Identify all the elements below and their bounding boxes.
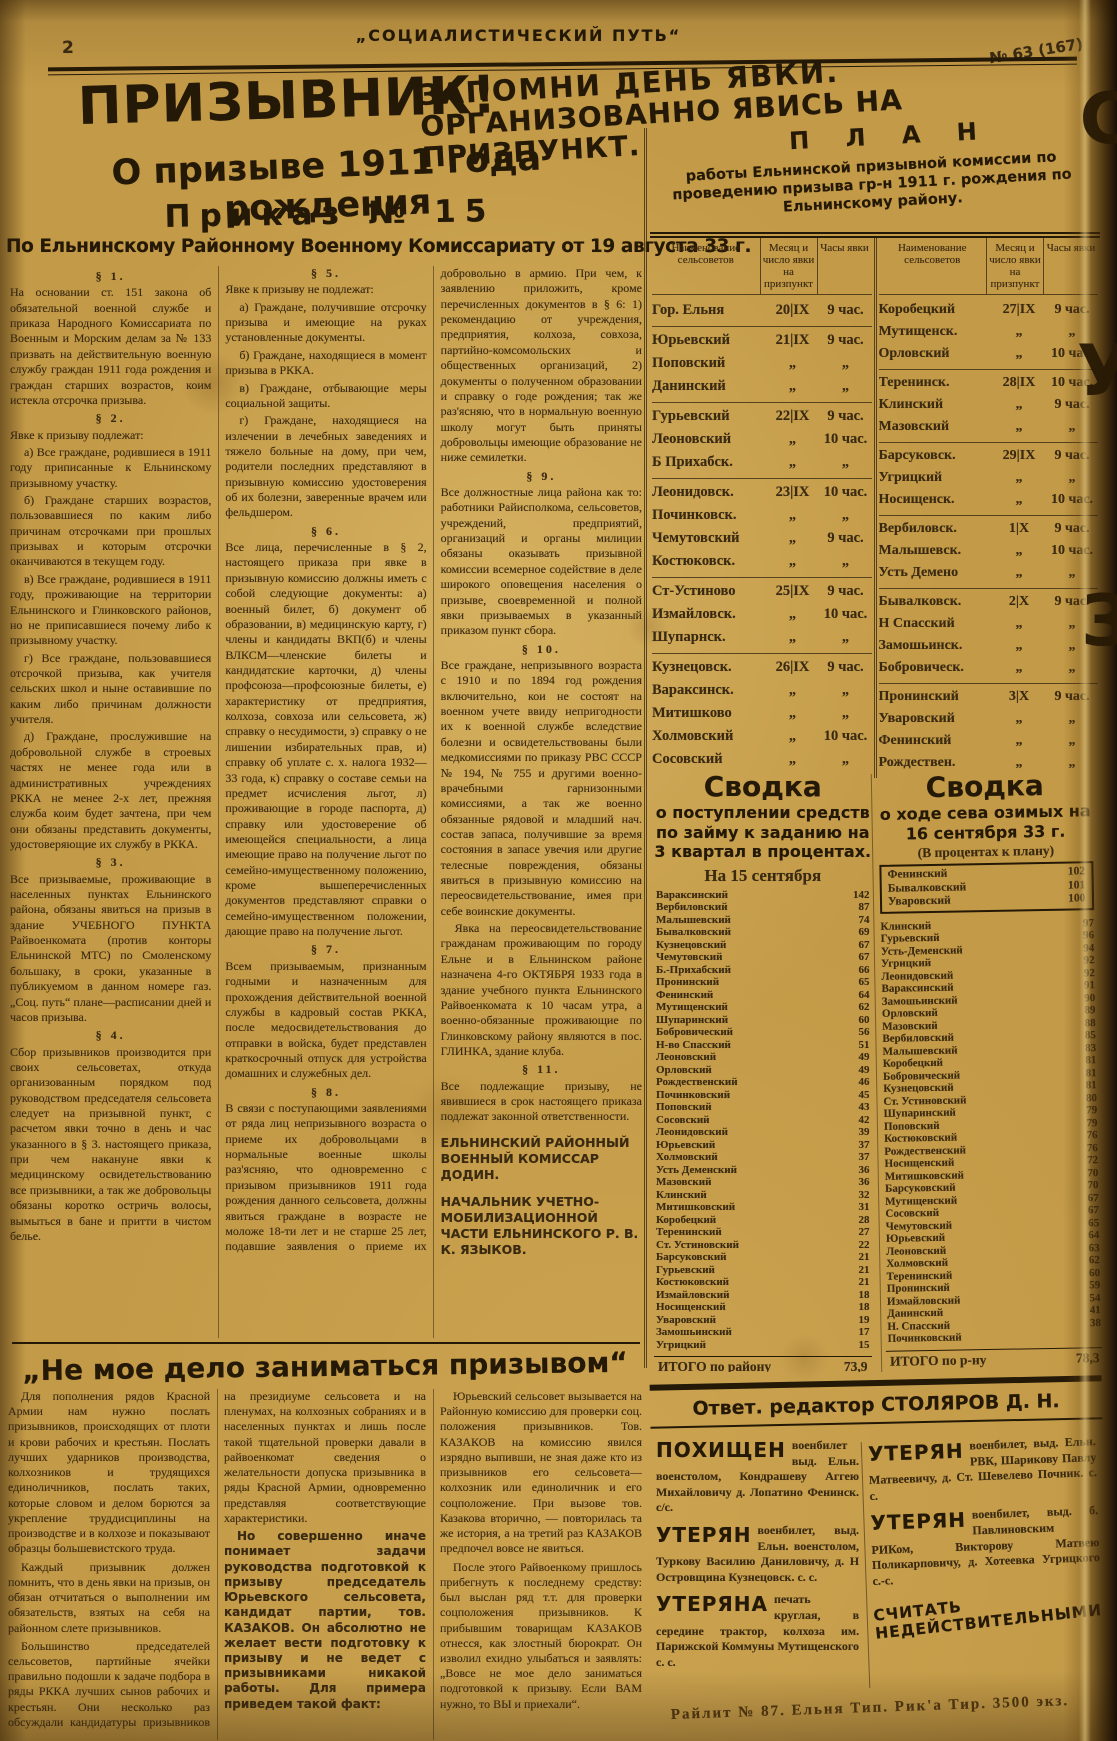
percent-value: 56 xyxy=(855,1026,870,1039)
selsovet-name: Измайловский xyxy=(886,1294,960,1308)
list-item: Мутищенский62 xyxy=(656,1001,870,1014)
report-date: „ xyxy=(766,451,820,474)
report-date: „ xyxy=(766,428,820,451)
selsovet-name: Бывалковский xyxy=(887,881,966,896)
selsovet-name: Фенинский xyxy=(887,868,947,883)
paragraph-text: Все граждане, непризывного возраста с 19… xyxy=(441,658,642,918)
selsovet-name: Барсуковский xyxy=(656,1251,727,1264)
selsovet-name: Н Спасский xyxy=(879,613,993,635)
report-date: „ xyxy=(992,613,1046,635)
selsovet-name: Носищенск. xyxy=(879,489,993,511)
selsovet-name: Починковский xyxy=(887,1332,961,1346)
report-time: 9 час. xyxy=(820,656,872,679)
percent-value: 60 xyxy=(855,1014,870,1027)
paragraph-text: Явка на переосвидетельствование граждана… xyxy=(441,921,642,1058)
report-date: „ xyxy=(766,748,820,771)
report-date: „ xyxy=(766,725,820,748)
order-paragraph: § 10.Все граждане, непризывного возраста… xyxy=(441,642,642,919)
notice-label: УТЕРЯНА xyxy=(656,1594,774,1614)
selsovet-name: Леоновский xyxy=(886,1245,946,1259)
list-item: Поповский43 xyxy=(656,1101,870,1114)
plan-rows-left: Гор. Ельня 20|IX 9 час. Юрьевский 21|IX … xyxy=(652,299,872,771)
list-item: Починковский45 xyxy=(656,1089,870,1102)
page-curl-highlight xyxy=(1079,0,1091,1741)
report-time: „ xyxy=(820,504,872,527)
article-title: „Не мое дело заниматься призывом“ xyxy=(8,1350,642,1387)
notice: УТЕРЯНАпечать круглая, в середине тракто… xyxy=(656,1592,859,1670)
total-value: 73,9 xyxy=(844,1359,868,1372)
column-header-time: Часы явки xyxy=(817,238,872,294)
paragraph-text: б) Граждане, находящиеся в момент призыв… xyxy=(225,348,426,377)
article-paragraph: Каждый призывник должен помнить, что в д… xyxy=(8,1560,210,1636)
selsovet-name: Холмовский xyxy=(886,1257,948,1271)
column-header-date: Месяц и число явки на призпункт xyxy=(760,238,817,294)
selsovet-name: Кузнецовский xyxy=(883,1082,954,1096)
selsovet-name: Пронинский xyxy=(886,1282,949,1296)
percent-value: 31 xyxy=(855,1201,870,1214)
report-date: „ xyxy=(766,352,820,375)
selsovet-name: Мазовский xyxy=(656,1176,711,1189)
list-item: Рождественский46 xyxy=(656,1076,870,1089)
paragraph-number: § 5. xyxy=(225,266,426,281)
table-row: Гурьевский 22|IX 9 час. xyxy=(652,402,872,428)
report-time: 10 час. xyxy=(820,725,872,748)
selsovet-name: Шупаринский xyxy=(656,1014,728,1027)
imprint-line: Райлит № 87. Ельня Тип. Рик'а Тир. 3500 … xyxy=(650,1692,1090,1724)
svodka-loan-date: На 15 сентября xyxy=(654,866,872,886)
selsovet-name: Замошьинск. xyxy=(879,635,993,657)
percent-value: 43 xyxy=(855,1101,870,1114)
report-date: „ xyxy=(766,679,820,702)
report-date: 1|X xyxy=(992,518,1046,540)
paragraph-text: г) Все граждане, пользовавшиеся отсрочко… xyxy=(10,651,211,726)
order-paragraph: Явка на переосвидетельствование граждана… xyxy=(441,921,642,1059)
report-time: 9 час. xyxy=(820,580,872,603)
paragraph-text: НАЧАЛЬНИК УЧЕТНО-МОБИЛИЗАЦИОННОЙ ЧАСТИ Е… xyxy=(441,1194,639,1258)
selsovet-name: Гурьевский xyxy=(656,1264,715,1277)
table-row: Данинский „ „ xyxy=(652,375,872,398)
selsovet-name: Носищенский xyxy=(656,1301,726,1314)
article: „Не мое дело заниматься призывом“ Для по… xyxy=(8,1350,642,1740)
report-date: „ xyxy=(766,603,820,626)
selsovet-name: Юрьевский xyxy=(885,1232,944,1246)
percent-value: 64 xyxy=(855,989,870,1002)
table-row: Б Прихабск. „ „ xyxy=(652,451,872,474)
selsovet-name: Костюковск. xyxy=(652,550,766,573)
list-item: Носищенский18 xyxy=(656,1301,870,1314)
svodka-loan: Сводка о поступлении средств по займу к … xyxy=(650,772,876,1372)
report-date: 20|IX xyxy=(766,299,820,322)
headline-main: ПРИЗЫВНИК! xyxy=(77,67,439,137)
selsovet-name: Н. Спасский xyxy=(887,1320,950,1334)
paragraph-text: Все призываемые, проживающие в населенны… xyxy=(10,872,211,1024)
selsovet-name: Барсуковск. xyxy=(879,445,993,467)
selsovet-name: Шупаринский xyxy=(883,1107,955,1121)
notice-label: УТЕРЯН xyxy=(868,1440,970,1464)
percent-value: 49 xyxy=(855,1051,870,1064)
table-row: Холмовский „ 10 час. xyxy=(652,725,872,748)
selsovet-name: Леоновский xyxy=(652,428,766,451)
table-row: Поповский „ „ xyxy=(652,352,872,375)
list-item: Фенинский64 xyxy=(656,989,870,1002)
selsovet-name: Б.-Прихабский xyxy=(656,964,731,977)
selsovet-name: Гурьевский xyxy=(652,405,766,428)
paragraph-text: Всем призываемым, признанным годными и н… xyxy=(225,959,426,1081)
list-item: Юрьевский37 xyxy=(656,1139,870,1152)
selsovet-name: Угрицкий xyxy=(879,467,993,489)
list-item: Митишковский31 xyxy=(656,1201,870,1214)
list-item: Пронинский65 xyxy=(656,976,870,989)
selsovet-name: Мутищенск. xyxy=(879,321,993,343)
selsovet-name: Уваровский xyxy=(887,895,950,910)
list-item: Замошьинский17 xyxy=(656,1326,870,1339)
total-label: ИТОГО по р-ну xyxy=(889,1352,986,1370)
paragraph-text: Все должностные лица района как то: рабо… xyxy=(441,485,642,637)
selsovet-name: Вербиловский xyxy=(882,1032,954,1046)
table-row: Вараксинск. „ „ xyxy=(652,679,872,702)
selsovet-name: Пронинский xyxy=(879,686,993,708)
plan-table: Наименование сельсоветов Месяц и число я… xyxy=(650,232,1100,778)
report-date: „ xyxy=(766,626,820,649)
svodka-loan-title: Сводка xyxy=(654,772,872,801)
paragraph-number: § 3. xyxy=(10,855,211,870)
selsovet-name: Холмовский xyxy=(656,1151,718,1164)
selsovet-name: Чемутовский xyxy=(652,527,766,550)
report-date: „ xyxy=(766,504,820,527)
report-date: „ xyxy=(992,635,1046,657)
list-item: Гурьевский21 xyxy=(656,1264,870,1277)
selsovet-name: Кузнецовский xyxy=(656,939,726,952)
list-item: Холмовский37 xyxy=(656,1151,870,1164)
selsovet-name: Ст-Устиново xyxy=(652,580,766,603)
selsovet-name: Мутищенский xyxy=(656,1001,728,1014)
selsovet-name: Вербиловск. xyxy=(879,518,993,540)
selsovet-name: Клинский xyxy=(880,920,931,933)
selsovet-name: Измайловский xyxy=(656,1289,729,1302)
order-paragraph: г) Все граждане, пользовавшиеся отсрочко… xyxy=(10,651,211,728)
svodka-sowing-subtitle: о ходе сева озимых на 16 сентября 33 г. xyxy=(876,802,1094,845)
paragraph-text: Явке к призыву подлежат: xyxy=(10,428,144,442)
report-time: 9 час. xyxy=(820,527,872,550)
selsovet-name: Поповский xyxy=(656,1101,712,1114)
selsovet-name: Теренинский xyxy=(656,1226,722,1239)
list-item: Усть Деменский36 xyxy=(656,1164,870,1177)
order-subtitle: По Ельнинскому Районному Военному Комисс… xyxy=(6,236,654,257)
svodka-loan-subtitle: о поступлении средств по займу к заданию… xyxy=(654,803,872,862)
selsovet-name: Мазовский xyxy=(879,416,993,438)
order-paragraph: § 11.Все подлежащие призыву, не явившиес… xyxy=(441,1062,642,1124)
report-date: 2|X xyxy=(992,591,1046,613)
report-date: „ xyxy=(766,527,820,550)
notices-left: ПОХИЩЕНвоенбилет выд. Ельн. военстолом, … xyxy=(650,1438,865,1688)
selsovet-name: Н-во Спасский xyxy=(656,1039,731,1052)
list-item: Бобровический56 xyxy=(656,1026,870,1039)
paragraph-number: § 4. xyxy=(10,1028,211,1043)
selsovet-name: Уваровский xyxy=(656,1314,716,1327)
list-item: Шупаринский60 xyxy=(656,1014,870,1027)
order-paragraph: § 3.Все призываемые, проживающие в насел… xyxy=(10,855,211,1025)
article-paragraph: После этого Райвоенкому пришлось прибегн… xyxy=(440,1560,642,1712)
next-page-letter: С xyxy=(1080,78,1117,160)
report-date: 29|IX xyxy=(992,445,1046,467)
table-row: Гор. Ельня 20|IX 9 час. xyxy=(652,299,872,322)
percent-value: 65 xyxy=(855,976,870,989)
selsovet-name: Малышевский xyxy=(656,914,731,927)
percent-value: 45 xyxy=(855,1089,870,1102)
selsovet-name: Уваровский xyxy=(879,708,993,730)
selsovet-name: Леонидовский xyxy=(656,1126,728,1139)
selsovet-name: Теренинск. xyxy=(879,372,993,394)
notice: УТЕРЯНвоенбилет, выд. Ельн. военстолом, … xyxy=(656,1523,859,1585)
selsovet-name: Орловский xyxy=(879,343,993,365)
table-row: Измайловск. „ 10 час. xyxy=(652,603,872,626)
vertical-divider xyxy=(644,128,647,1368)
percent-value: 21 xyxy=(855,1276,870,1289)
selsovet-name: Теренинский xyxy=(886,1270,952,1284)
list-item: Измайловский18 xyxy=(656,1289,870,1302)
column-header-name: Наименование сельсоветов xyxy=(652,238,760,294)
selsovet-name: Чемутовский xyxy=(885,1220,952,1234)
selsovet-name: Юрьевский xyxy=(652,329,766,352)
report-date: „ xyxy=(766,550,820,573)
selsovet-name: Измайловск. xyxy=(652,603,766,626)
selsovet-name: Коробецкий xyxy=(882,1057,942,1071)
percent-value: 142 xyxy=(849,889,870,902)
selsovet-name: Починковск. xyxy=(652,504,766,527)
report-time: 9 час. xyxy=(820,405,872,428)
report-date: 25|IX xyxy=(766,580,820,603)
selsovet-name: Угрицкий xyxy=(880,957,930,970)
selsovet-name: Фенинский xyxy=(879,730,993,752)
order-paragraph: ЕЛЬНИНСКИЙ РАЙОННЫЙ ВОЕННЫЙ КОМИССАР ДОД… xyxy=(441,1135,642,1184)
report-date: „ xyxy=(992,489,1046,511)
table-row: Чемутовский „ 9 час. xyxy=(652,527,872,550)
article-paragraph: Юрьевский сельсовет вызывается на Районн… xyxy=(440,1389,642,1557)
report-time: 10 час. xyxy=(820,428,872,451)
table-row: Юрьевский 21|IX 9 час. xyxy=(652,326,872,352)
order-paragraph: § 2.Явке к призыву подлежат: xyxy=(10,411,211,443)
paragraph-number: § 2. xyxy=(10,411,211,426)
paragraph-text: а) Граждане, получившие отсрочку призыва… xyxy=(225,300,426,345)
svodka-sowing-note: (В процентах к плану) xyxy=(877,843,1095,863)
table-row: Починковск. „ „ xyxy=(652,504,872,527)
percent-value: 67 xyxy=(855,951,870,964)
report-date: 27|IX xyxy=(992,299,1046,321)
report-date: 26|IX xyxy=(766,656,820,679)
selsovet-name: Бывалковский xyxy=(656,926,731,939)
order-paragraph: § 6.Все лица, перечисленные в § 2, насто… xyxy=(225,524,426,940)
paragraph-text: ЕЛЬНИНСКИЙ РАЙОННЫЙ ВОЕННЫЙ КОМИССАР ДОД… xyxy=(441,1135,630,1183)
selsovet-name: Сосовский xyxy=(652,748,766,771)
selsovet-name: Поповский xyxy=(652,352,766,375)
selsovet-name: Сосовский xyxy=(885,1207,939,1220)
report-time: „ xyxy=(820,352,872,375)
list-item: Бывалковский69 xyxy=(656,926,870,939)
list-item: Теренинский27 xyxy=(656,1226,870,1239)
selsovet-name: Бобровическ. xyxy=(879,657,993,679)
selsovet-name: Ст. Устиновский xyxy=(656,1239,739,1252)
paragraph-text: в) Граждане, отбывающие меры социальной … xyxy=(225,381,426,410)
list-item: Н-во Спасский51 xyxy=(656,1039,870,1052)
column-header-name: Наименование сельсоветов xyxy=(879,238,987,294)
percent-value: 74 xyxy=(855,914,870,927)
notice-label: УТЕРЯН xyxy=(656,1525,758,1545)
notice: ПОХИЩЕНвоенбилет выд. Ельн. военстолом, … xyxy=(656,1438,859,1516)
paragraph-text: Все подлежащие призыву, не явившиеся в с… xyxy=(441,1079,642,1124)
percent-value: 51 xyxy=(855,1039,870,1052)
order-paragraph: в) Все граждане, родившиеся в 1911 году,… xyxy=(10,572,211,649)
report-date: 28|IX xyxy=(992,372,1046,394)
list-item: Кузнецовский67 xyxy=(656,939,870,952)
percent-value: 18 xyxy=(855,1301,870,1314)
order-paragraph: § 9.Все должностные лица района как то: … xyxy=(441,469,642,639)
report-date: „ xyxy=(992,394,1046,416)
article-paragraph: Но совершенно иначе понимает задачи руко… xyxy=(224,1529,426,1712)
selsovet-name: Вараксинский xyxy=(656,889,728,902)
article-body: Для пополнения рядов Красной Армии нам н… xyxy=(8,1389,642,1740)
selsovet-name: Клинский xyxy=(879,394,993,416)
percent-value: 69 xyxy=(855,926,870,939)
report-date: „ xyxy=(992,321,1046,343)
selsovet-name: Холмовский xyxy=(652,725,766,748)
paragraph-number: § 7. xyxy=(225,942,426,957)
order-paragraph: б) Граждане, находящиеся в момент призыв… xyxy=(225,348,426,379)
selsovet-name: Пронинский xyxy=(656,976,719,989)
order-paragraph: г) Граждане, находящиеся на излечении в … xyxy=(225,413,426,521)
percent-value: 21 xyxy=(855,1264,870,1277)
paragraph-text: а) Все граждане, родившиеся в 1911 году … xyxy=(10,445,211,490)
percent-value: 87 xyxy=(855,901,870,914)
paragraph-text: г) Граждане, находящиеся на излечении в … xyxy=(225,413,426,519)
paragraph-text: в) Все граждане, родившиеся в 1911 году,… xyxy=(10,572,211,647)
percent-value: 21 xyxy=(855,1251,870,1264)
paragraph-number: § 9. xyxy=(441,469,642,484)
report-time: „ xyxy=(820,679,872,702)
selsovet-name: Вараксинск. xyxy=(652,679,766,702)
selsovet-name: Б Прихабск. xyxy=(652,451,766,474)
percent-value: 66 xyxy=(855,964,870,977)
selsovet-name: Малышевский xyxy=(882,1044,957,1058)
table-row: Митишково „ „ xyxy=(652,702,872,725)
selsovet-name: Шупарнск. xyxy=(652,626,766,649)
report-date: „ xyxy=(992,657,1046,679)
table-row: Ст-Устиново 25|IX 9 час. xyxy=(652,577,872,603)
svodka-loan-total: ИТОГО по району 73,9 xyxy=(654,1356,872,1372)
selsovet-name: Орловский xyxy=(881,1007,937,1020)
order-paragraph: д) Граждане, прослужившие на добровольно… xyxy=(10,729,211,852)
percent-value: 18 xyxy=(855,1289,870,1302)
selsovet-name: Барсуковский xyxy=(884,1182,955,1196)
report-time: „ xyxy=(820,748,872,771)
selsovet-name: Митишковский xyxy=(656,1201,735,1214)
list-item: Угрицкий15 xyxy=(656,1339,870,1352)
selsovet-name: Данинский xyxy=(652,375,766,398)
report-date: „ xyxy=(766,702,820,725)
percent-value: 22 xyxy=(855,1239,870,1252)
report-date: „ xyxy=(992,416,1046,438)
selsovet-name: Усть Деменский xyxy=(656,1164,737,1177)
percent-value: 36 xyxy=(855,1164,870,1177)
paragraph-number: § 10. xyxy=(441,642,642,657)
report-date: „ xyxy=(992,540,1046,562)
selsovet-name: Сосовский xyxy=(656,1114,710,1127)
table-row: Шупарнск. „ „ xyxy=(652,626,872,649)
order-paragraph: б) Граждане старших возрастов, пользовав… xyxy=(10,493,211,570)
selsovet-name: Усть-Деменский xyxy=(880,944,962,958)
list-item: Сосовский42 xyxy=(656,1114,870,1127)
selsovet-name: Поповский xyxy=(883,1120,939,1133)
list-item: Леоновский49 xyxy=(656,1051,870,1064)
report-time: „ xyxy=(820,626,872,649)
paragraph-text: На основании ст. 151 закона об обязатель… xyxy=(10,285,211,407)
list-item: Костюковский21 xyxy=(656,1276,870,1289)
report-date: „ xyxy=(992,730,1046,752)
selsovet-name: Данинский xyxy=(887,1307,943,1320)
paragraph-text: д) Граждане, прослужившие на добровольно… xyxy=(10,729,211,851)
selsovet-name: Мутищенский xyxy=(885,1195,957,1209)
selsovet-name: Вербиловский xyxy=(656,901,728,914)
percent-value: 19 xyxy=(855,1314,870,1327)
selsovet-name: Орловский xyxy=(656,1064,712,1077)
column-header-date: Месяц и число явки на призпункт xyxy=(986,238,1043,294)
selsovet-name: Усть Демено xyxy=(879,562,993,584)
notices-section: ПОХИЩЕНвоенбилет выд. Ельн. военстолом, … xyxy=(650,1438,1106,1688)
report-date: 23|IX xyxy=(766,481,820,504)
selsovet-name: Замошьинский xyxy=(656,1326,732,1339)
table-row: Костюковск. „ „ xyxy=(652,550,872,573)
next-page-letter: У xyxy=(1077,330,1117,412)
list-item: Чемутовский67 xyxy=(656,951,870,964)
list-item: Вербиловский87 xyxy=(656,901,870,914)
selsovet-name: Коробецкий xyxy=(879,299,993,321)
order-paragraph: § 4.Сбор призывников производится при св… xyxy=(10,1028,211,1244)
report-date: „ xyxy=(992,467,1046,489)
paragraph-text: б) Граждане старших возрастов, пользовав… xyxy=(10,493,211,568)
selsovet-name: Леоновский xyxy=(656,1051,716,1064)
selsovet-name: Гурьевский xyxy=(880,932,939,946)
notice-label: ПОХИЩЕН xyxy=(656,1440,792,1460)
list-item: Коробецкий28 xyxy=(656,1214,870,1227)
selsovet-name: Замошьинский xyxy=(881,994,957,1008)
masthead-title: „СОЦИАЛИСТИЧЕСКИЙ ПУТЬ“ xyxy=(0,26,1037,45)
svodka-sowing-leaders: Фенинский102 Бывалковский101 Уваровский1… xyxy=(879,862,1093,914)
plan-subtitle: работы Ельнинской призывной комиссии по … xyxy=(651,147,1093,224)
percent-value: 17 xyxy=(855,1326,870,1339)
percent-value: 62 xyxy=(855,1001,870,1014)
paragraph-text: Сбор призывников производится при своих … xyxy=(10,1045,211,1243)
list-item: Вараксинский142 xyxy=(656,889,870,902)
order-paragraph: § 7.Всем призываемым, признанным годными… xyxy=(225,942,426,1081)
notice-label: УТЕРЯН xyxy=(870,1510,972,1534)
paragraph-number: § 8. xyxy=(225,1085,426,1100)
section-rule xyxy=(12,1342,640,1344)
selsovet-name: Бывалковск. xyxy=(879,591,993,613)
selsovet-name: Фенинский xyxy=(656,989,713,1002)
order-paragraph: а) Все граждане, родившиеся в 1911 году … xyxy=(10,445,211,491)
report-date: „ xyxy=(992,343,1046,365)
selsovet-name: Чемутовский xyxy=(656,951,722,964)
report-time: „ xyxy=(820,550,872,573)
percent-value: 42 xyxy=(855,1114,870,1127)
list-item: Орловский49 xyxy=(656,1064,870,1077)
table-row: Сосовский „ „ xyxy=(652,748,872,771)
next-page-letter: З xyxy=(1081,580,1117,662)
selsovet-name: Юрьевский xyxy=(656,1139,715,1152)
plan-table-header: Наименование сельсоветов Месяц и число я… xyxy=(652,238,872,295)
selsovet-name: Рождественский xyxy=(656,1076,738,1089)
list-item: Леонидовский39 xyxy=(656,1126,870,1139)
table-row: Леоновский „ 10 час. xyxy=(652,428,872,451)
